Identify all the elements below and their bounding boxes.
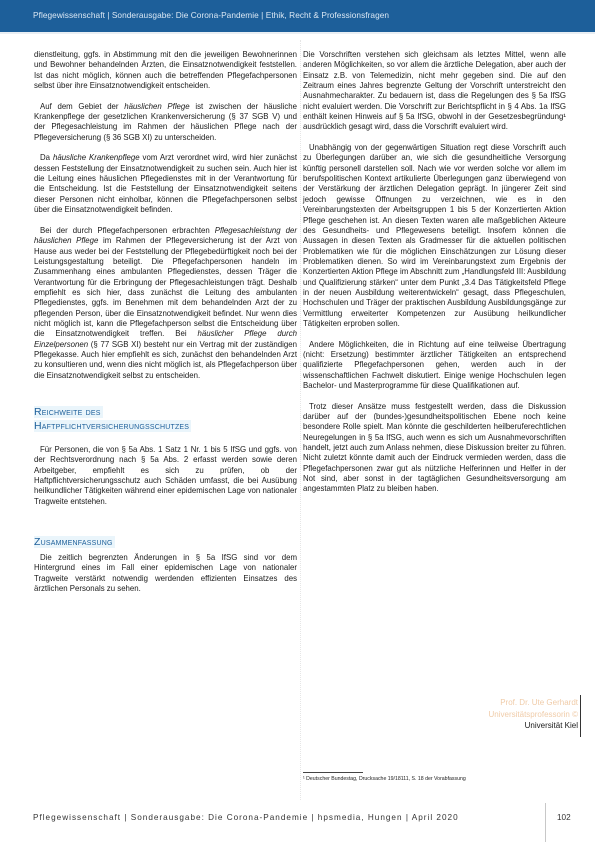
- heading-line: Zusammenfassung: [34, 536, 115, 548]
- paragraph: Trotz dieser Ansätze muss festgestellt w…: [303, 402, 566, 495]
- paragraph: Die Vorschriften verstehen sich gleichsa…: [303, 50, 566, 133]
- text-run: Da: [40, 153, 53, 162]
- text-run: Bei der durch Pflegefachpersonen erbrach…: [40, 226, 215, 235]
- header-divider: [0, 32, 595, 34]
- footnote-rule: [303, 772, 363, 773]
- footer-divider: [545, 803, 546, 842]
- paragraph: dienstleitung, ggfs. in Abstimmung mit d…: [34, 50, 297, 91]
- running-header-title: Pflegewissenschaft | Sonderausgabe: Die …: [33, 10, 389, 20]
- left-column: dienstleitung, ggfs. in Abstimmung mit d…: [34, 50, 297, 594]
- page-number: 102: [557, 813, 571, 822]
- author-name: Prof. Dr. Ute Gerhardt: [440, 697, 578, 709]
- heading-line: Reichweite des: [34, 406, 103, 418]
- paragraph: Bei der durch Pflegefachpersonen erbrach…: [34, 226, 297, 381]
- author-block: Prof. Dr. Ute Gerhardt Universitätsprofe…: [440, 697, 578, 732]
- text-run: vom Arzt verordnet wird, wird hier zunäc…: [34, 153, 297, 214]
- section-heading-reichweite: Reichweite des Haftpflichtversicherungss…: [34, 405, 297, 433]
- page-footer: Pflegewissenschaft | Sonderausgabe: Die …: [33, 813, 459, 822]
- paragraph: Unabhängig von der gegenwärtigen Situati…: [303, 143, 566, 329]
- author-affiliation: Universität Kiel: [440, 720, 578, 732]
- paragraph: Für Personen, die von § 5a Abs. 1 Satz 1…: [34, 445, 297, 507]
- right-column: Die Vorschriften verstehen sich gleichsa…: [303, 50, 566, 505]
- section-heading-zusammenfassung: Zusammenfassung: [34, 535, 297, 549]
- author-bar: [580, 695, 581, 737]
- author-title: Universitätsprofessorin ©: [440, 709, 578, 721]
- paragraph: Die zeitlich begrenzten Änderungen in § …: [34, 553, 297, 594]
- column-gutter: [300, 40, 302, 800]
- heading-line: Haftpflichtversicherungsschutzes: [34, 420, 191, 432]
- emphasis: häuslichen Pflege: [124, 102, 189, 111]
- text-run: im Rahmen der Pflegeversicherung ist der…: [34, 236, 297, 338]
- paragraph: Auf dem Gebiet der häuslichen Pflege ist…: [34, 102, 297, 143]
- running-header-bar: Pflegewissenschaft | Sonderausgabe: Die …: [0, 0, 595, 32]
- text-run: Auf dem Gebiet der: [40, 102, 124, 111]
- emphasis: häusliche Krankenpflege: [53, 153, 140, 162]
- footnote: ¹ Deutscher Bundestag, Drucksache 19/181…: [303, 776, 466, 782]
- paragraph: Da häusliche Krankenpflege vom Arzt vero…: [34, 153, 297, 215]
- paragraph: Andere Möglichkeiten, die in Richtung au…: [303, 340, 566, 392]
